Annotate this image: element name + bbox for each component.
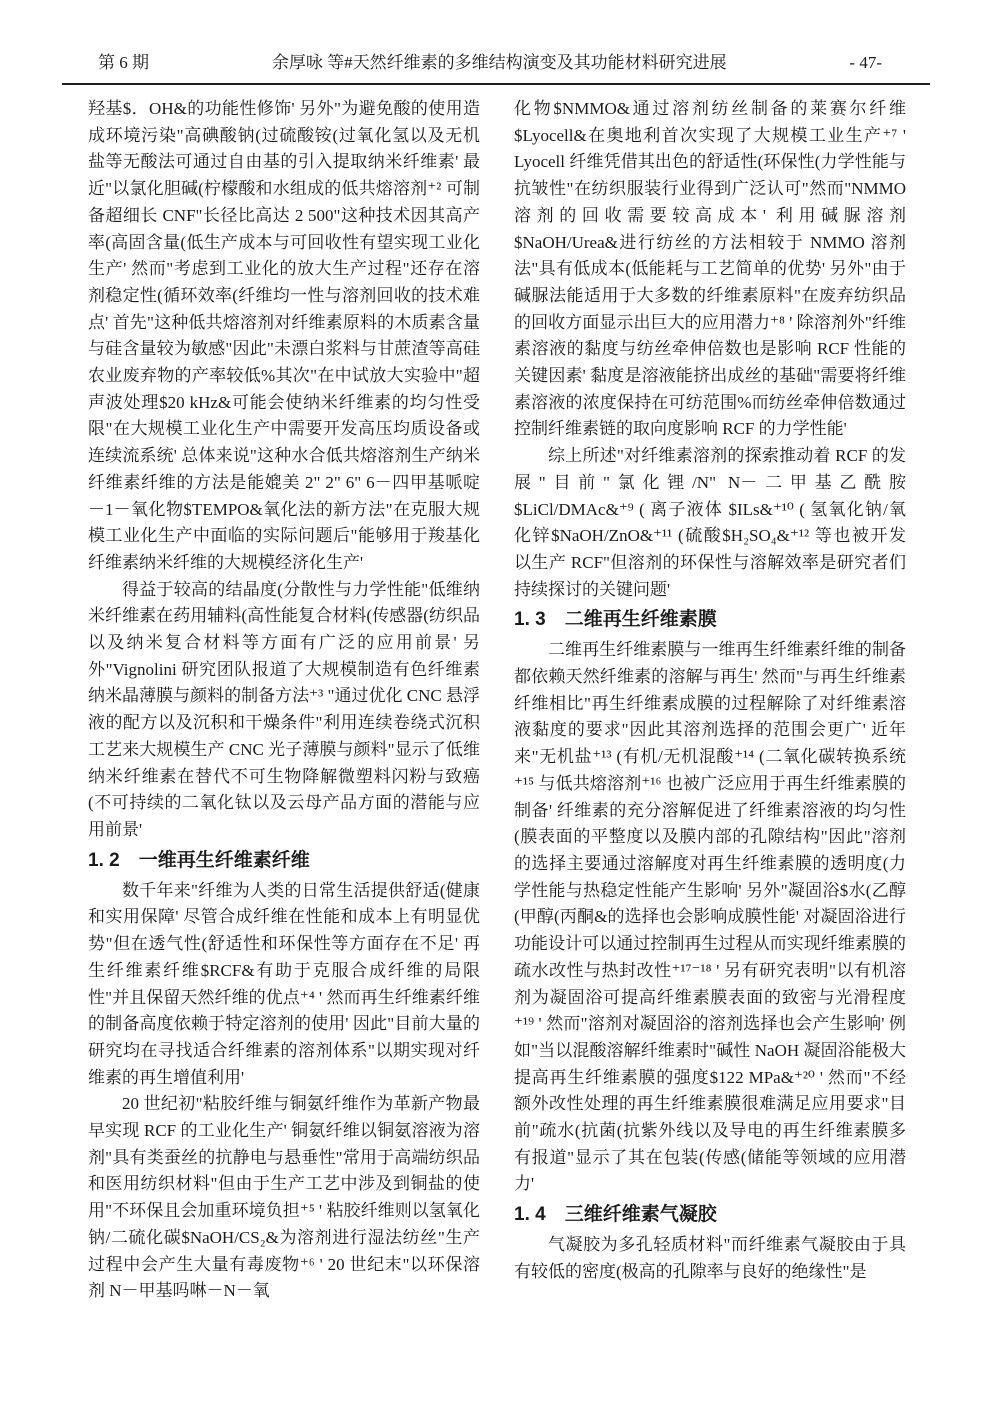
right-column: 化物$NMMO&通过溶剂纺丝制备的莱赛尔纤维$Lyocell&在奥地利首次实现了… bbox=[514, 96, 906, 1305]
paragraph: 二维再生纤维素膜与一维再生纤维素纤维的制备都依赖天然纤维素的溶解与再生' 然而"… bbox=[514, 637, 906, 1198]
paragraph: 羟基$．OH&的功能性修饰' 另外"为避免酸的使用造成环境污染"高碘酸钠(过硫酸… bbox=[88, 96, 480, 577]
page-header: 第 6 期 余厚咏 等#天然纤维素的多维结构演变及其功能材料研究进展 - 47- bbox=[64, 52, 928, 74]
paragraph: 气凝胶为多孔轻质材料"而纤维素气凝胶由于具有较低的密度(极高的孔隙率与良好的绝缘… bbox=[514, 1232, 906, 1285]
text-columns: 羟基$．OH&的功能性修饰' 另外"为避免酸的使用造成环境污染"高碘酸钠(过硫酸… bbox=[88, 96, 906, 1305]
paragraph: 得益于较高的结晶度(分散性与力学性能"低维纳米纤维素在药用辅料(高性能复合材料(… bbox=[88, 577, 480, 844]
header-rule bbox=[62, 83, 930, 85]
section-heading-1-3: 1. 3 二维再生纤维素膜 bbox=[514, 605, 906, 635]
section-heading-1-4: 1. 4 三维纤维素气凝胶 bbox=[514, 1200, 906, 1230]
left-column: 羟基$．OH&的功能性修饰' 另外"为避免酸的使用造成环境污染"高碘酸钠(过硫酸… bbox=[88, 96, 480, 1305]
section-heading-1-2: 1. 2 一维再生纤维素纤维 bbox=[88, 846, 480, 876]
paragraph: 数千年来"纤维为人类的日常生活提供舒适(健康和实用保障' 尽管合成纤维在性能和成… bbox=[88, 878, 480, 1092]
paragraph: 20 世纪初"粘胶纤维与铜氨纤维作为革新产物最早实现 RCF 的工业化生产' 铜… bbox=[88, 1091, 480, 1305]
paragraph: 化物$NMMO&通过溶剂纺丝制备的莱赛尔纤维$Lyocell&在奥地利首次实现了… bbox=[514, 96, 906, 443]
running-title: 余厚咏 等#天然纤维素的多维结构演变及其功能材料研究进展 bbox=[149, 52, 849, 74]
paragraph: 综上所述"对纤维素溶剂的探索推动着 RCF 的发展"目前"氯化锂/N" N－二甲… bbox=[514, 443, 906, 603]
paper-page: 第 6 期 余厚咏 等#天然纤维素的多维结构演变及其功能材料研究进展 - 47-… bbox=[0, 0, 992, 1403]
page-number: - 47- bbox=[849, 52, 928, 74]
issue-label: 第 6 期 bbox=[64, 52, 149, 74]
